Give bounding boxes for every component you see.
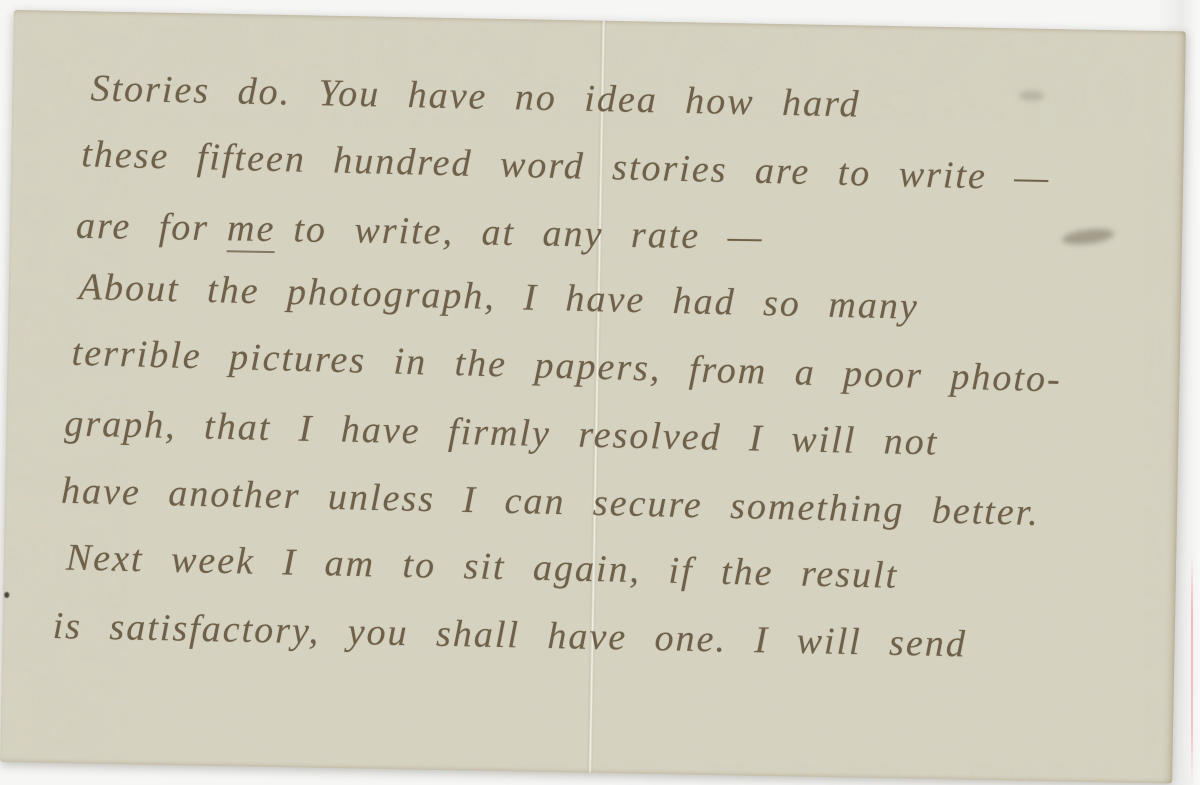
letter-page: Stories do. You have no idea how hard th… bbox=[0, 10, 1186, 783]
line-3-underlined-word: me bbox=[227, 207, 276, 253]
handwriting-line-8: Next week I am to sit again, if the resu… bbox=[65, 532, 898, 602]
letter-scan: Stories do. You have no idea how hard th… bbox=[0, 0, 1200, 785]
handwriting-line-6: graph, that I have firmly resolved I wil… bbox=[64, 397, 939, 468]
handwriting-line-3: are formeto write, at any rate — bbox=[76, 200, 764, 263]
handwriting-block: Stories do. You have no idea how hard th… bbox=[0, 10, 1186, 783]
handwriting-line-1: Stories do. You have no idea how hard bbox=[90, 62, 861, 130]
ink-smudge bbox=[1019, 90, 1045, 100]
handwriting-line-4: About the photograph, I have had so many bbox=[78, 261, 919, 333]
scanner-edge-artifact bbox=[1191, 555, 1193, 785]
handwriting-line-9: is satisfactory, you shall have one. I w… bbox=[52, 600, 967, 670]
handwriting-line-2: these fifteen hundred word stories are t… bbox=[81, 128, 1051, 204]
handwriting-line-7: have another unless I can secure somethi… bbox=[61, 465, 1041, 539]
paper-speck bbox=[4, 592, 9, 598]
line-3-post: to write, at any rate — bbox=[293, 208, 764, 258]
handwriting-line-5: terrible pictures in the papers, from a … bbox=[71, 327, 1062, 406]
line-3-pre: are for bbox=[76, 205, 210, 249]
